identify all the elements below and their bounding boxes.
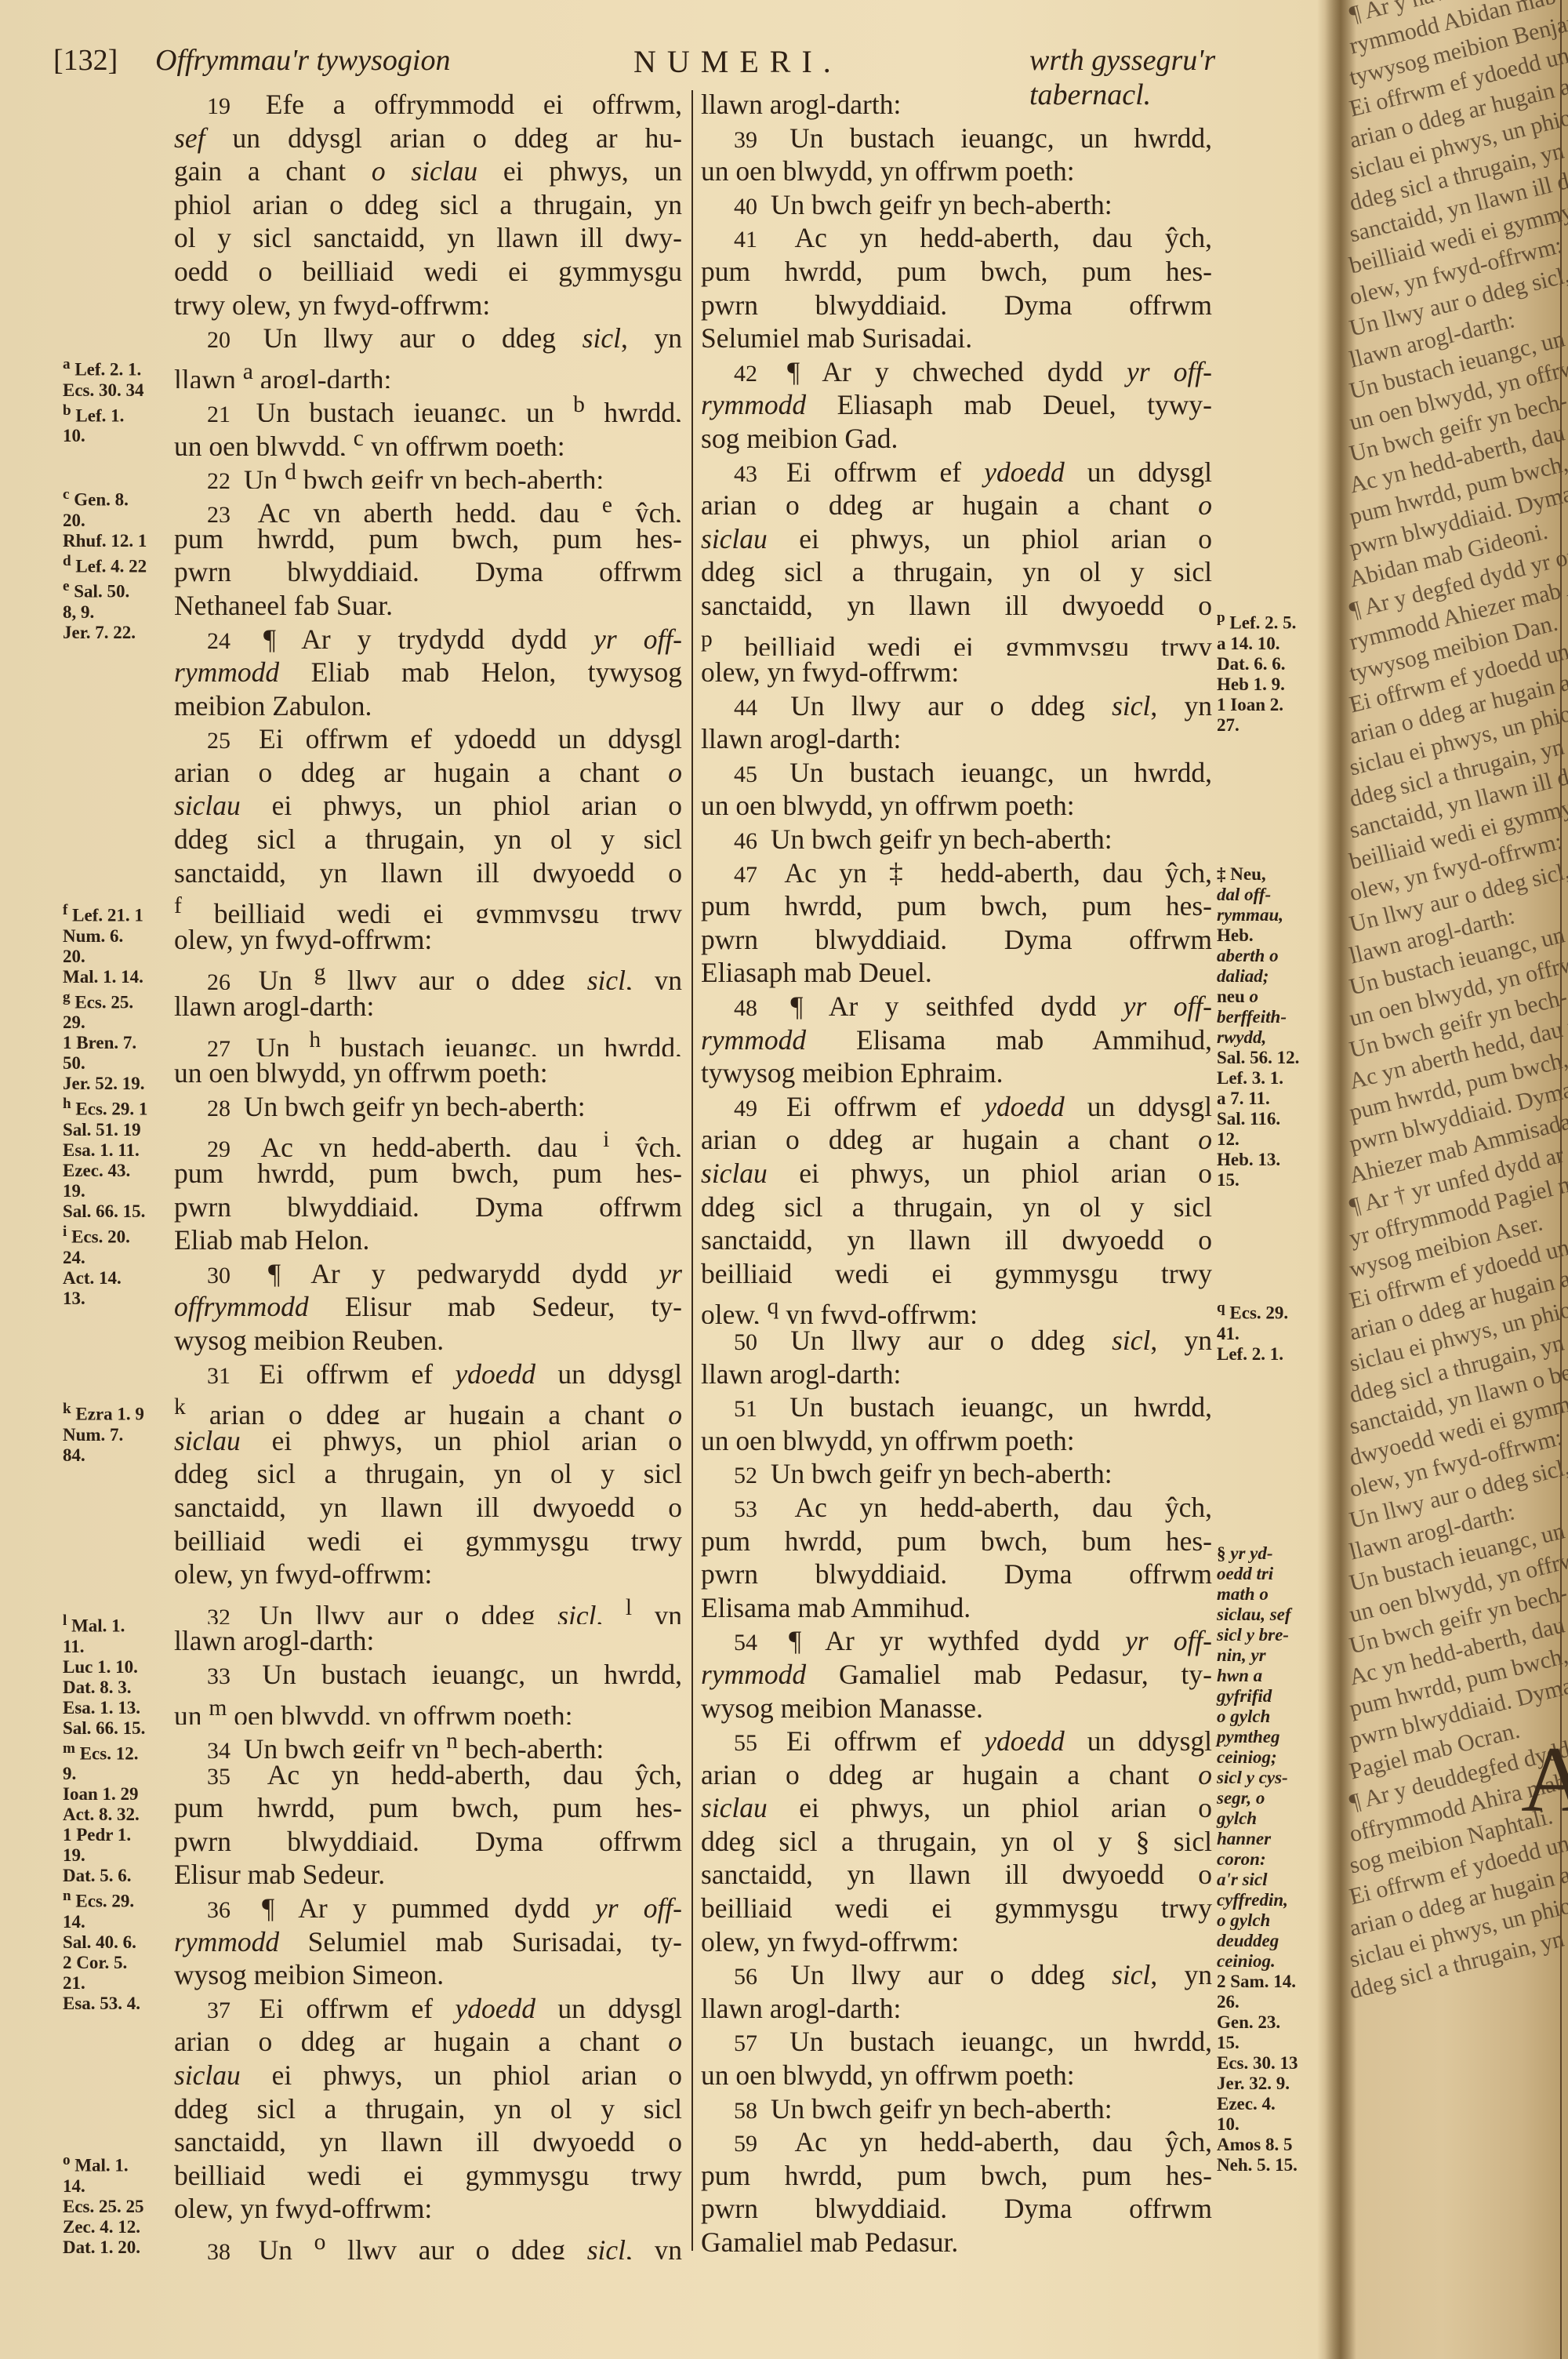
text-line: pwrn blwyddiaid. Dyma offrwm <box>174 1190 682 1224</box>
text-line: sog meibion Gad. <box>701 422 1212 456</box>
text-line: trwy olew, yn fwyd-offrwm: <box>174 289 682 322</box>
text-line: ddeg sicl a thrugain, yn ol y sicl <box>701 1190 1212 1224</box>
text-line: ddeg sicl a thrugain, yn ol y § sicl <box>701 1825 1212 1859</box>
text-line: f beilliaid wedi ei gymmysgu trwy <box>174 889 682 923</box>
cross-reference-note: o Mal. 1.14.Ecs. 25. 25Zec. 4. 12.Dat. 1… <box>63 2150 144 2258</box>
text-line: Eliasaph mab Deuel. <box>701 956 1212 990</box>
text-line: siclau ei phwys, un phiol arian o <box>174 789 682 823</box>
text-line: un oen blwydd, yn offrwm poeth: <box>701 1424 1212 1458</box>
text-line: 28 Un bwch geifr yn bech-aberth: <box>174 1090 682 1124</box>
text-line: 22 Un d bwch geifr yn bech-aberth: <box>174 456 682 489</box>
column-divider-rule <box>691 90 693 2251</box>
text-line: ddeg sicl a thrugain, yn ol y sicl <box>701 555 1212 589</box>
text-line: olew, yn fwyd-offrwm: <box>174 1558 682 1591</box>
text-line: llawn arogl-darth: <box>701 88 1212 122</box>
text-line: llawn arogl-darth: <box>701 722 1212 756</box>
text-line: 35 Ac yn hedd-aberth, dau ŷch, <box>174 1758 682 1792</box>
text-line: 54 ¶ Ar yr wythfed dydd yr off- <box>701 1624 1212 1658</box>
scanned-bible-page: [132] Offrymmau'r tywysogion NUMERI. wrt… <box>0 0 1341 2359</box>
text-line: 55 Ei offrwm ef ydoedd un ddysgl <box>701 1725 1212 1758</box>
text-line: sanctaidd, yn llawn ill dwyoedd o <box>174 2125 682 2159</box>
text-line: pwrn blwyddiaid. Dyma offrwm <box>174 1825 682 1859</box>
text-line: 39 Un bustach ieuangc, un hwrdd, <box>701 122 1212 155</box>
text-line: un oen blwydd, yn offrwm poeth: <box>701 789 1212 823</box>
text-line: siclau ei phwys, un phiol arian o <box>701 1157 1212 1190</box>
text-line: 20 Un llwy aur o ddeg sicl, yn <box>174 322 682 355</box>
text-line: pum hwrdd, pum bwch, pum hes- <box>701 255 1212 289</box>
text-line: Eliab mab Helon. <box>174 1223 682 1257</box>
text-line: un oen blwydd, c yn offrwm poeth: <box>174 422 682 456</box>
text-line: 59 Ac yn hedd-aberth, dau ŷch, <box>701 2125 1212 2159</box>
text-line: siclau ei phwys, un phiol arian o <box>174 2059 682 2092</box>
text-line: 21 Un bustach ieuangc, un b hwrdd, <box>174 388 682 422</box>
text-line: 19 Efe a offrymmodd ei offrwm, <box>174 88 682 122</box>
text-line: beilliaid wedi ei gymmysgu trwy <box>174 1525 682 1558</box>
text-line: 52 Un bwch geifr yn bech-aberth: <box>701 1457 1212 1491</box>
text-column-left: 19 Efe a offrymmodd ei offrwm,sef un ddy… <box>174 88 682 2259</box>
text-line: 45 Un bustach ieuangc, un hwrdd, <box>701 756 1212 790</box>
text-line: wysog meibion Reuben. <box>174 1324 682 1358</box>
text-line: ddeg sicl a thrugain, yn ol y sicl <box>174 1457 682 1491</box>
text-line: llawn arogl-darth: <box>174 990 682 1023</box>
text-line: pwrn blwyddiaid. Dyma offrwm <box>174 555 682 589</box>
text-line: 33 Un bustach ieuangc, un hwrdd, <box>174 1658 682 1692</box>
text-line: k arian o ddeg ar hugain a chant o <box>174 1390 682 1424</box>
text-line: siclau ei phwys, un phiol arian o <box>174 1424 682 1458</box>
text-line: 40 Un bwch geifr yn bech-aberth: <box>701 188 1212 222</box>
text-line: Elisama mab Ammihud. <box>701 1591 1212 1625</box>
text-line: pum hwrdd, pum bwch, pum hes- <box>174 522 682 556</box>
text-line: siclau ei phwys, un phiol arian o <box>701 522 1212 556</box>
text-line: 34 Un bwch geifr yn n bech-aberth: <box>174 1725 682 1758</box>
cross-reference-note: c Gen. 8.20.Rhuf. 12. 1d Lef. 4. 22e Sal… <box>63 485 147 643</box>
text-line: sanctaidd, yn llawn ill dwyoedd o <box>701 1223 1212 1257</box>
text-line: 43 Ei offrwm ef ydoedd un ddysgl <box>701 456 1212 489</box>
text-line: 36 ¶ Ar y pummed dydd yr off- <box>174 1892 682 1925</box>
text-line: 41 Ac yn hedd-aberth, dau ŷch, <box>701 221 1212 255</box>
text-line: rymmodd Eliasaph mab Deuel, tywy- <box>701 388 1212 422</box>
text-line: un oen blwydd, yn offrwm poeth: <box>701 154 1212 188</box>
text-line: 38 Un o llwy aur o ddeg sicl, yn <box>174 2226 682 2259</box>
text-line: 29 Ac yn hedd-aberth, dau i ŷch, <box>174 1123 682 1157</box>
text-line: 53 Ac yn hedd-aberth, dau ŷch, <box>701 1491 1212 1525</box>
running-header: [132] Offrymmau'r tywysogion NUMERI. wrt… <box>53 43 1339 82</box>
text-line: pum hwrdd, pum bwch, pum hes- <box>701 889 1212 923</box>
facing-page-drop-cap: A <box>1521 1725 1568 1834</box>
text-line: ddeg sicl a thrugain, yn ol y sicl <box>174 2092 682 2126</box>
text-line: llawn arogl-darth: <box>174 1624 682 1658</box>
text-line: arian o ddeg ar hugain a chant o <box>174 756 682 790</box>
text-line: 32 Un llwy aur o ddeg sicl, l yn <box>174 1591 682 1625</box>
text-line: llawn a arogl-darth: <box>174 355 682 389</box>
text-line: wysog meibion Simeon. <box>174 1958 682 1992</box>
text-line: 57 Un bustach ieuangc, un hwrdd, <box>701 2025 1212 2059</box>
text-line: oedd o beilliaid wedi ei gymmysgu <box>174 255 682 289</box>
text-line: 31 Ei offrwm ef ydoedd un ddysgl <box>174 1358 682 1391</box>
text-line: Gamaliel mab Pedasur. <box>701 2226 1212 2259</box>
text-line: olew, yn fwyd-offrwm: <box>174 2192 682 2226</box>
text-line: ddeg sicl a thrugain, yn ol y sicl <box>174 823 682 856</box>
text-line: olew, q yn fwyd-offrwm: <box>701 1290 1212 1324</box>
text-line: 58 Un bwch geifr yn bech-aberth: <box>701 2092 1212 2126</box>
text-line: llawn arogl-darth: <box>701 1992 1212 2026</box>
text-line: sanctaidd, yn llawn ill dwyoedd o <box>174 856 682 890</box>
text-line: rymmodd Gamaliel mab Pedasur, ty- <box>701 1658 1212 1692</box>
book-title: NUMERI. <box>633 43 842 80</box>
text-line: arian o ddeg ar hugain a chant o <box>701 1758 1212 1792</box>
text-line: phiol arian o ddeg sicl a thrugain, yn <box>174 188 682 222</box>
text-line: rymmodd Elisama mab Ammihud, <box>701 1023 1212 1057</box>
cross-reference-note: q Ecs. 29.41.Lef. 2. 1. <box>1217 1298 1288 1365</box>
text-line: p beilliaid wedi ei gymmysgu trwy <box>701 623 1212 656</box>
text-line: 24 ¶ Ar y trydydd dydd yr off- <box>174 623 682 656</box>
text-line: un m oen blwydd, yn offrwm poeth: <box>174 1692 682 1725</box>
text-line: pum hwrdd, pum bwch, pum hes- <box>174 1157 682 1190</box>
text-line: siclau ei phwys, un phiol arian o <box>701 1791 1212 1825</box>
text-line: un oen blwydd, yn offrwm poeth: <box>701 2059 1212 2092</box>
text-line: beilliaid wedi ei gymmysgu trwy <box>174 2159 682 2193</box>
text-line: sanctaidd, yn llawn ill dwyoedd o <box>174 1491 682 1525</box>
text-line: arian o ddeg ar hugain a chant o <box>701 1123 1212 1157</box>
text-line: 48 ¶ Ar y seithfed dydd yr off- <box>701 990 1212 1023</box>
text-line: pwrn blwyddiaid. Dyma offrwm <box>701 289 1212 322</box>
text-line: arian o ddeg ar hugain a chant o <box>701 489 1212 522</box>
cross-reference-note: p Lef. 2. 5.a 14. 10.Dat. 6. 6.Heb 1. 9.… <box>1217 608 1296 736</box>
text-line: 50 Un llwy aur o ddeg sicl, yn <box>701 1324 1212 1358</box>
text-line: 56 Un llwy aur o ddeg sicl, yn <box>701 1958 1212 1992</box>
cross-reference-note: ‡ Neu,dal off-rymmau,Heb.aberth odaliad;… <box>1217 864 1299 1190</box>
cross-reference-note: k Ezra 1. 9Num. 7.84. <box>63 1399 144 1466</box>
text-line: offrymmodd Elisur mab Sedeur, ty- <box>174 1290 682 1324</box>
text-line: beilliaid wedi ei gymmysgu trwy <box>701 1257 1212 1291</box>
text-line: pum hwrdd, pum bwch, pum hes- <box>174 1791 682 1825</box>
text-line: Nethaneel fab Suar. <box>174 589 682 623</box>
cross-reference-note: a Lef. 2. 1.Ecs. 30. 34b Lef. 1.10. <box>63 354 144 446</box>
text-line: pum hwrdd, pum bwch, pum hes- <box>701 2159 1212 2193</box>
text-line: wysog meibion Manasse. <box>701 1692 1212 1725</box>
text-line: olew, yn fwyd-offrwm: <box>701 656 1212 689</box>
text-line: Elisur mab Sedeur. <box>174 1858 682 1892</box>
text-line: ol y sicl sanctaidd, yn llawn ill dwy- <box>174 221 682 255</box>
text-line: 37 Ei offrwm ef ydoedd un ddysgl <box>174 1992 682 2026</box>
facing-page-column-rule <box>1560 0 1562 2359</box>
text-line: 42 ¶ Ar y chweched dydd yr off- <box>701 355 1212 389</box>
text-line: rymmodd Eliab mab Helon, tywysog <box>174 656 682 689</box>
text-line: 26 Un g llwy aur o ddeg sicl, yn <box>174 956 682 990</box>
text-line: pum hwrdd, pum bwch, bum hes- <box>701 1525 1212 1558</box>
text-line: 51 Un bustach ieuangc, un hwrdd, <box>701 1390 1212 1424</box>
text-line: beilliaid wedi ei gymmysgu trwy <box>701 1892 1212 1925</box>
facing-page-curved: ¶ Ar y nawfed dydd yr off-rymmodd Abidan… <box>1342 0 1568 2359</box>
text-line: pwrn blwyddiaid. Dyma offrwm <box>701 2192 1212 2226</box>
text-line: 23 Ac yn aberth hedd, dau e ŷch, <box>174 489 682 522</box>
text-line: pwrn blwyddiaid. Dyma offrwm <box>701 923 1212 957</box>
text-line: pwrn blwyddiaid. Dyma offrwm <box>701 1558 1212 1591</box>
page-number: [132] <box>53 43 118 78</box>
text-line: arian o ddeg ar hugain a chant o <box>174 2025 682 2059</box>
text-line: 30 ¶ Ar y pedwarydd dydd yr <box>174 1257 682 1291</box>
text-line: 44 Un llwy aur o ddeg sicl, yn <box>701 689 1212 723</box>
text-line: sef un ddysgl arian o ddeg ar hu- <box>174 122 682 155</box>
text-line: tywysog meibion Ephraim. <box>701 1056 1212 1090</box>
text-line: sanctaidd, yn llawn ill dwyoedd o <box>701 1858 1212 1892</box>
cross-reference-note: f Lef. 21. 1Num. 6.20.Mal. 1. 14.g Ecs. … <box>63 900 147 1309</box>
left-running-title: Offrymmau'r tywysogion <box>155 43 451 78</box>
text-line: 47 Ac yn ‡ hedd-aberth, dau ŷch, <box>701 856 1212 890</box>
text-line: gain a chant o siclau ei phwys, un <box>174 154 682 188</box>
cross-reference-note: § yr yd-oedd trimath osiclau, sefsicl y … <box>1217 1543 1298 2175</box>
text-line: un oen blwydd, yn offrwm poeth: <box>174 1056 682 1090</box>
text-line: sanctaidd, yn llawn ill dwyoedd o <box>701 589 1212 623</box>
text-line: meibion Zabulon. <box>174 689 682 723</box>
cross-reference-note: l Mal. 1.11.Luc 1. 10.Dat. 8. 3.Esa. 1. … <box>63 1611 145 2014</box>
text-line: olew, yn fwyd-offrwm: <box>701 1925 1212 1959</box>
text-line: 25 Ei offrwm ef ydoedd un ddysgl <box>174 722 682 756</box>
text-column-right: llawn arogl-darth:39 Un bustach ieuangc,… <box>701 88 1212 2259</box>
text-line: olew, yn fwyd-offrwm: <box>174 923 682 957</box>
text-line: llawn arogl-darth: <box>701 1358 1212 1391</box>
text-line: 27 Un h bustach ieuangc, un hwrdd, <box>174 1023 682 1057</box>
text-line: rymmodd Selumiel mab Surisadai, ty- <box>174 1925 682 1959</box>
text-line: 46 Un bwch geifr yn bech-aberth: <box>701 823 1212 856</box>
text-line: 49 Ei offrwm ef ydoedd un ddysgl <box>701 1090 1212 1124</box>
text-line: Selumiel mab Surisadai. <box>701 322 1212 355</box>
